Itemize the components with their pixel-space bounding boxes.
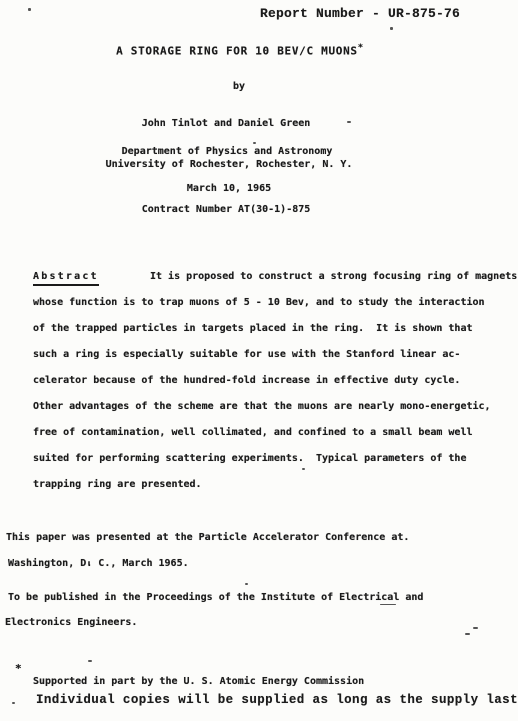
paper-title: A STORAGE RING FOR 10 BEV/C MUONS* [0, 42, 480, 58]
date-line: March 10, 1965 [0, 182, 458, 195]
scan-speck [88, 660, 92, 662]
published-note-line: Electronics Engineers. [5, 616, 137, 629]
authors-line: John Tinlot and Daniel Green [0, 117, 452, 130]
abstract-line: Other advantages of the scheme are that … [33, 400, 491, 413]
abstract-line: It is proposed to construct a strong foc… [150, 270, 517, 283]
published-note-line: To be published in the Proceedings of th… [8, 591, 423, 604]
footnote-supported-line: Supported in part by the U. S. Atomic En… [33, 675, 364, 688]
abstract-line: suited for performing scattering experim… [33, 452, 466, 465]
footnote-marker: * [15, 662, 22, 675]
abstract-line: trapping ring are presented. [33, 478, 202, 491]
scan-speck [12, 702, 15, 704]
scan-speck [88, 561, 90, 565]
byline: by [0, 80, 478, 93]
scan-speck [302, 468, 305, 470]
footnote-copies-line: Individual copies will be supplied as lo… [36, 694, 518, 707]
scan-speck [390, 27, 393, 30]
presented-note-line: Washington, D. C., March 1965. [8, 557, 189, 570]
paper-title-text: A STORAGE RING FOR 10 BEV/C MUONS [116, 45, 358, 58]
affiliation-department: Department of Physics and Astronomy [0, 145, 454, 158]
abstract-label: Abstract [33, 270, 99, 286]
scan-speck [253, 142, 256, 144]
abstract-line: celerator because of the hundred-fold in… [33, 374, 460, 387]
contract-number-line: Contract Number AT(30-1)-875 [0, 203, 452, 216]
presented-note-line: This paper was presented at the Particle… [6, 531, 409, 544]
scan-speck [473, 627, 478, 629]
scan-speck [380, 604, 396, 605]
abstract-line: of the trapped particles in targets plac… [33, 322, 473, 335]
abstract-line: free of contamination, well collimated, … [33, 426, 473, 439]
report-number: Report Number - UR-875-76 [260, 7, 460, 20]
scan-speck [347, 121, 351, 123]
scan-speck [465, 633, 470, 635]
scanned-document-page: Report Number - UR-875-76 A STORAGE RING… [0, 0, 518, 721]
abstract-line: whose function is to trap muons of 5 - 1… [33, 296, 485, 309]
title-footnote-marker: * [358, 43, 364, 53]
affiliation-university: University of Rochester, Rochester, N. Y… [0, 158, 458, 171]
scan-speck [28, 8, 31, 11]
abstract-line: such a ring is especially suitable for u… [33, 348, 460, 361]
scan-speck [245, 583, 248, 585]
